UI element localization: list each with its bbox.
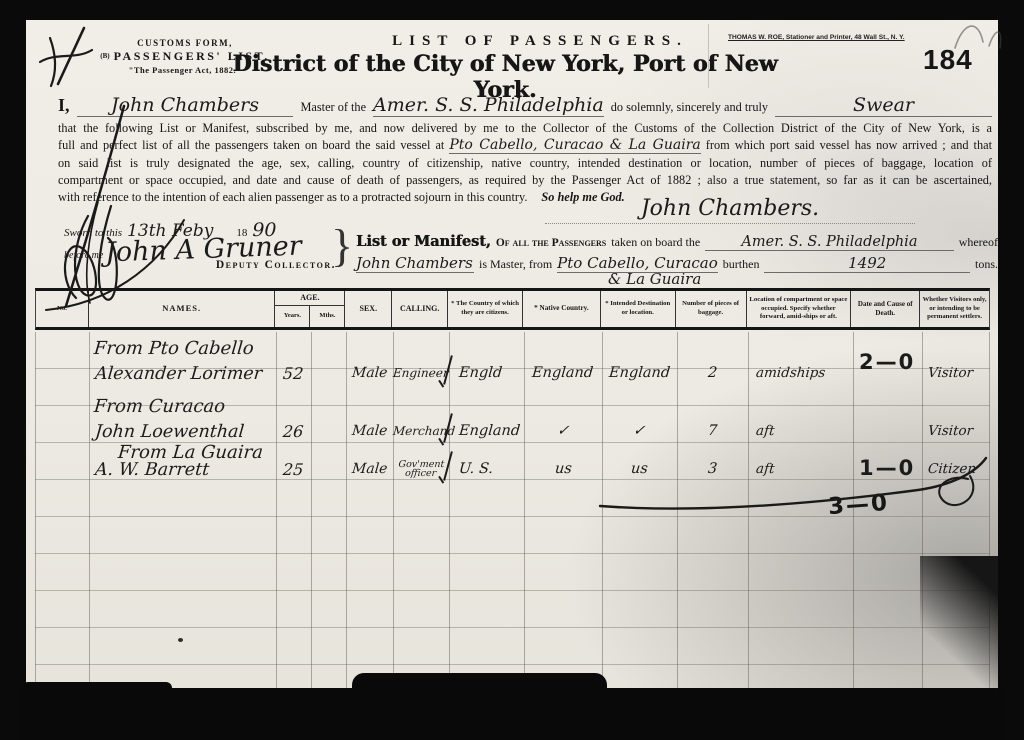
header-location: Location of compartment or space occupie… <box>747 291 852 327</box>
cell-citizen: Engld <box>449 364 524 388</box>
cell-no <box>36 364 89 388</box>
cell-baggage: 7 <box>677 422 748 442</box>
cell-status: Visitor <box>922 364 991 388</box>
burthen-label: burthen <box>723 257 760 272</box>
cell-citizen: U. S. <box>449 460 524 484</box>
port-section-label: From Curacao <box>36 396 991 417</box>
ports-handwritten: Pto Cabello, Curacao & La Guaira <box>449 137 700 154</box>
scanned-passenger-manifest: CUSTOMS FORM, (B)PASSENGERS' LIST. "The … <box>0 0 1024 740</box>
header-native-country: * Native Country. <box>523 291 601 327</box>
manifest-block: List or Manifest, Of all the Passengers … <box>356 233 998 288</box>
tons-value-handwritten: 1492 <box>764 254 970 273</box>
cell-no <box>36 460 89 484</box>
swear-handwritten: Swear <box>775 94 992 117</box>
header-sex: SEX. <box>345 291 392 327</box>
of-all-passengers-label: Of all the Passengers <box>496 237 606 249</box>
master-name-handwritten-2: John Chambers <box>356 254 474 273</box>
truly-phrase: do solemnly, sincerely and truly <box>611 100 768 115</box>
taken-on-board-label: taken on board the <box>611 235 700 250</box>
vessel-name-handwritten-2: Amer. S. S. Philadelphia <box>705 234 953 251</box>
passenger-row: John Loewenthal26MaleMerchandEngland✓✓7a… <box>36 422 991 442</box>
cell-sex: Male <box>346 460 393 484</box>
cell-name: A. W. Barrett <box>89 460 276 484</box>
header-baggage: Number of pieces of baggage. <box>676 291 747 327</box>
manifest-line-1: List or Manifest, Of all the Passengers … <box>356 233 998 251</box>
cell-death: 2—0 <box>853 364 922 388</box>
cell-years: 26 <box>276 422 311 442</box>
cell-destination: England <box>602 364 677 388</box>
header-citizen-country: * The Country of which they are citizens… <box>448 291 523 327</box>
header-death: Date and Cause of Death. <box>851 291 920 327</box>
cell-location: amidships <box>748 364 853 388</box>
pen-flourish-tally <box>588 448 1000 548</box>
scan-shadow-corner <box>920 556 998 696</box>
cell-mths <box>311 460 346 484</box>
header-destination: * Intended Destination or location. <box>601 291 676 327</box>
vessel-name-handwritten: Amer. S. S. Philadelphia <box>373 94 604 117</box>
port-section-label: From Pto Cabello <box>36 338 991 359</box>
cell-destination: ✓ <box>602 422 677 442</box>
pen-mark-top-right <box>945 8 1010 53</box>
ink-speck <box>178 638 183 642</box>
header-age-years: Years. <box>275 306 310 327</box>
header-age-mths: Mths. <box>310 306 344 327</box>
cell-name: Alexander Lorimer <box>89 364 276 388</box>
scan-shadow-bottom <box>22 688 1002 740</box>
master-of-the-label: Master of the <box>300 100 366 115</box>
paper-crease <box>708 24 709 88</box>
passenger-row: Alexander Lorimer52MaleEngineerEngldEngl… <box>36 364 991 388</box>
cell-years: 25 <box>276 460 311 484</box>
cell-no <box>36 422 89 442</box>
cell-mths <box>311 364 346 388</box>
cell-name: John Loewenthal <box>89 422 276 442</box>
pen-mark-top-left <box>28 20 108 90</box>
cell-native: ✓ <box>524 422 602 442</box>
is-master-from-label: is Master, from <box>479 257 552 272</box>
list-or-manifest-heading: List or Manifest, <box>356 233 491 250</box>
tons-label: tons. <box>975 257 998 272</box>
header-age: AGE. Years. Mths. <box>275 291 345 327</box>
cell-citizen: England <box>449 422 524 442</box>
cell-sex: Male <box>346 422 393 442</box>
cell-mths <box>311 422 346 442</box>
master-signature: John Chambers. <box>545 196 915 224</box>
cell-baggage: 2 <box>677 364 748 388</box>
whereof-label: whereof <box>959 235 998 250</box>
cell-death <box>853 422 922 442</box>
section-name: From Curacao <box>93 396 95 417</box>
pen-flourish-sworn <box>28 98 203 313</box>
header-calling: CALLING. <box>392 291 448 327</box>
cell-sex: Male <box>346 364 393 388</box>
brace-glyph: } <box>331 219 353 272</box>
stationer-imprint: THOMAS W. ROE, Stationer and Printer, 48… <box>728 34 928 41</box>
cell-native: England <box>524 364 602 388</box>
section-name: From Pto Cabello <box>93 338 95 359</box>
cell-location: aft <box>748 422 853 442</box>
cell-status: Visitor <box>922 422 991 442</box>
cell-years: 52 <box>276 364 311 388</box>
header-visitors: Whether Visitors only, or intending to b… <box>920 291 989 327</box>
